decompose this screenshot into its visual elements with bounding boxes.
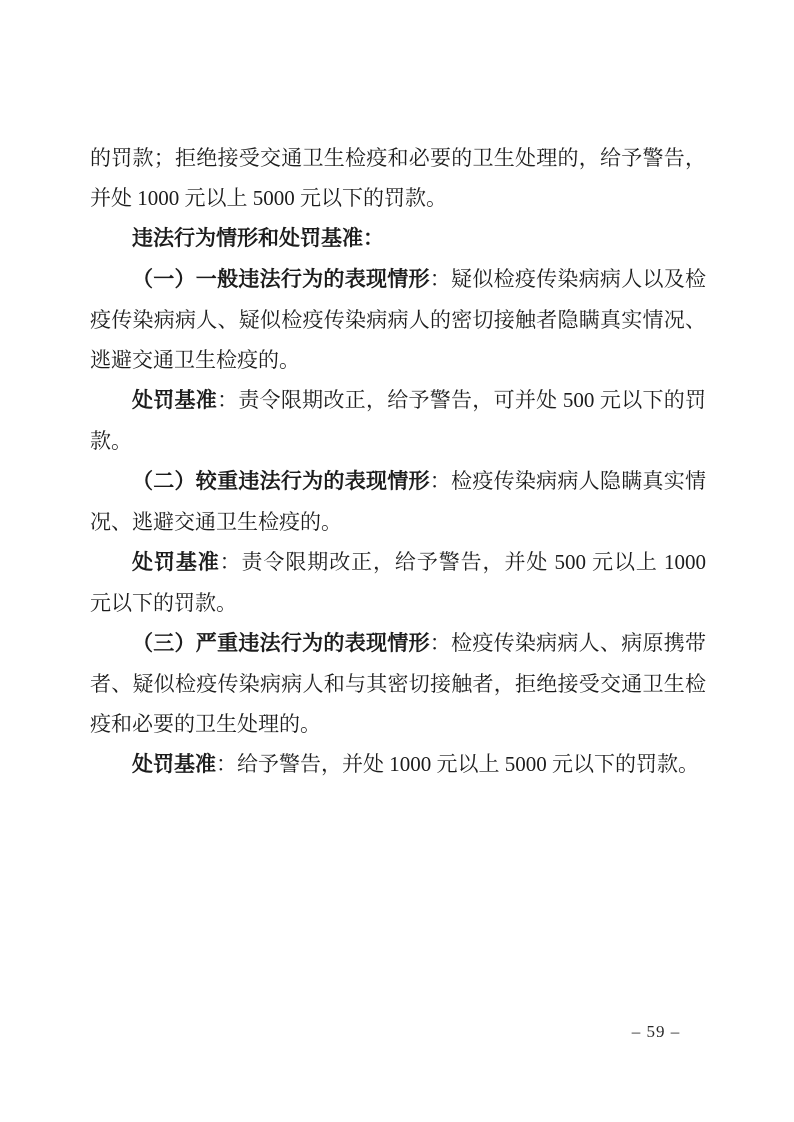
bold-heading-run: （二）较重违法行为的表现情形 bbox=[132, 470, 430, 493]
body-text-run: 的罚款；拒绝接受交通卫生检疫和必要的卫生处理的，给予警告，并处 1000 元以上… bbox=[90, 146, 706, 210]
bold-heading-run: （三）严重违法行为的表现情形 bbox=[132, 632, 430, 655]
page-number: – 59 – bbox=[616, 1022, 696, 1042]
bold-heading-run: 处罚基准 bbox=[132, 389, 217, 412]
paragraph: （一）一般违法行为的表现情形：疑似检疫传染病病人以及检疫传染病病人、疑似检疫传染… bbox=[90, 259, 706, 380]
bold-heading-run: 处罚基准 bbox=[132, 753, 216, 776]
body-text-run: ：给予警告，并处 1000 元以上 5000 元以下的罚款。 bbox=[216, 752, 699, 776]
paragraph: 处罚基准：给予警告，并处 1000 元以上 5000 元以下的罚款。 bbox=[90, 744, 706, 785]
bold-heading-run: 处罚基准 bbox=[132, 551, 220, 574]
document-body: 的罚款；拒绝接受交通卫生检疫和必要的卫生处理的，给予警告，并处 1000 元以上… bbox=[90, 138, 706, 785]
paragraph: 的罚款；拒绝接受交通卫生检疫和必要的卫生处理的，给予警告，并处 1000 元以上… bbox=[90, 138, 706, 218]
bold-heading-run: 违法行为情形和处罚基准： bbox=[132, 227, 384, 250]
paragraph: （二）较重违法行为的表现情形：检疫传染病病人隐瞒真实情况、逃避交通卫生检疫的。 bbox=[90, 461, 706, 542]
paragraph: （三）严重违法行为的表现情形：检疫传染病病人、病原携带者、疑似检疫传染病病人和与… bbox=[90, 623, 706, 744]
document-page: 的罚款；拒绝接受交通卫生检疫和必要的卫生处理的，给予警告，并处 1000 元以上… bbox=[0, 0, 794, 1122]
bold-heading-run: （一）一般违法行为的表现情形 bbox=[132, 268, 430, 291]
paragraph: 处罚基准：责令限期改正，给予警告，并处 500 元以上 1000 元以下的罚款。 bbox=[90, 542, 706, 623]
paragraph: 违法行为情形和处罚基准： bbox=[90, 218, 706, 259]
paragraph: 处罚基准：责令限期改正，给予警告，可并处 500 元以下的罚款。 bbox=[90, 380, 706, 461]
